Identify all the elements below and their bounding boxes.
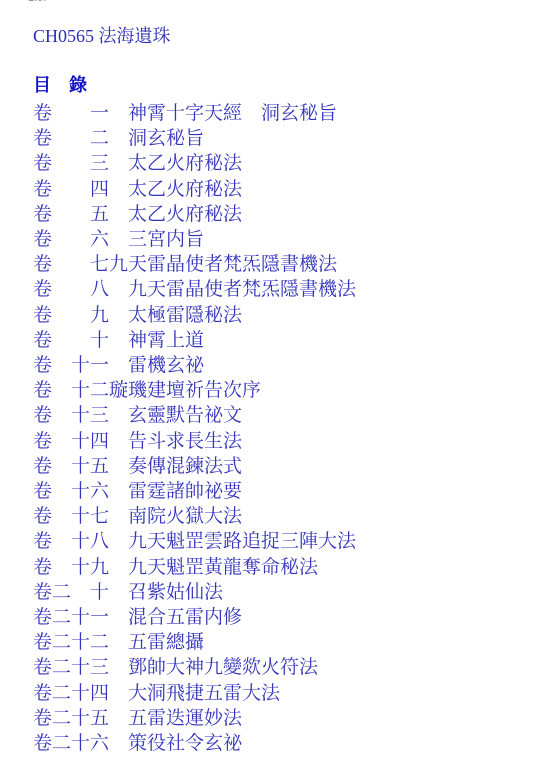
toc-list: 卷 一 神霄十字天經 洞玄秘旨卷 二 洞玄秘旨卷 三 太乙火府秘法卷 四 太乙火…: [33, 101, 356, 756]
toc-entry: 卷 九 太極雷隱秘法: [33, 303, 356, 328]
toc-entry: 卷 十三 玄靈默告祕文: [33, 403, 356, 428]
top-clipped-text: 1.0.: [28, 0, 46, 5]
toc-entry: 卷 十五 奏傳混鍊法式: [33, 454, 356, 479]
toc-entry: 卷 十六 雷霆諸帥祕要: [33, 479, 356, 504]
toc-entry: 卷二十一 混合五雷内修: [33, 605, 356, 630]
toc-entry: 卷 六 三宮内旨: [33, 227, 356, 252]
toc-entry: 卷 十七 南院火獄大法: [33, 504, 356, 529]
toc-entry: 卷二十三 鄧帥大神九變欻火符法: [33, 655, 356, 680]
toc-entry: 卷 十一 雷機玄祕: [33, 353, 356, 378]
toc-entry: 卷 三 太乙火府秘法: [33, 151, 356, 176]
toc-entry: 卷 十八 九天魁罡雲路追捉三陣大法: [33, 529, 356, 554]
toc-entry: 卷二十二 五雷總攝: [33, 630, 356, 655]
toc-entry: 卷 四 太乙火府秘法: [33, 177, 356, 202]
toc-entry: 卷 八 九天雷晶使者梵炁隱書機法: [33, 277, 356, 302]
toc-entry: 卷 二 洞玄秘旨: [33, 126, 356, 151]
toc-entry: 卷 五 太乙火府秘法: [33, 202, 356, 227]
toc-entry: 卷二 十 召紫姑仙法: [33, 580, 356, 605]
toc-entry: 卷 七九天雷晶使者梵炁隱書機法: [33, 252, 356, 277]
toc-entry: 卷 十 神霄上道: [33, 328, 356, 353]
toc-entry: 卷 十九 九天魁罡黃龍奪命秘法: [33, 555, 356, 580]
toc-entry: 卷 十二璇璣建壇祈告次序: [33, 378, 356, 403]
toc-entry: 卷二十四 大洞飛捷五雷大法: [33, 681, 356, 706]
toc-entry: 卷二十六 策役社令玄祕: [33, 731, 356, 756]
toc-entry: 卷二十五 五雷迭運妙法: [33, 706, 356, 731]
toc-entry: 卷 十四 告斗求長生法: [33, 429, 356, 454]
toc-heading: 目 錄: [33, 75, 87, 96]
toc-entry: 卷 一 神霄十字天經 洞玄秘旨: [33, 101, 356, 126]
page-title: CH0565 法海遺珠: [33, 26, 171, 47]
